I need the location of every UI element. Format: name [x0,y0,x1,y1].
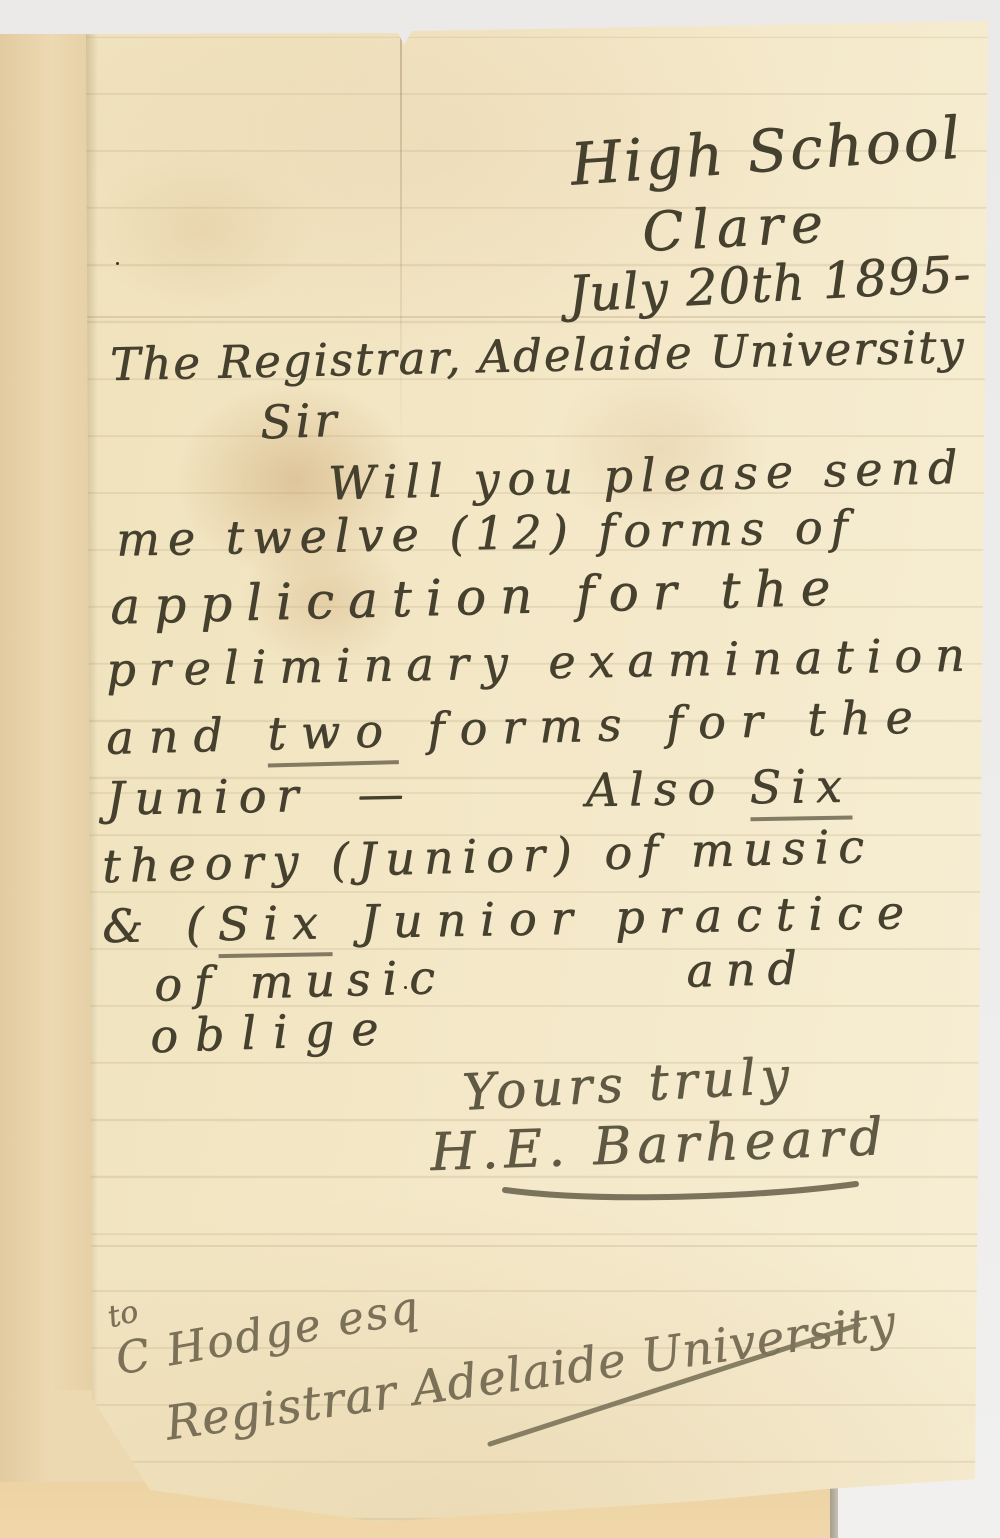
addressee-line: The Registrar, Adelaide University [110,321,966,391]
letter-page: High School Clare July 20th 1895- The Re… [0,0,1000,1538]
underlying-page-left-edge [0,34,93,1538]
body-line-8-c: Junior practice [331,885,918,949]
body-line-7: theory (Junior) of music [101,820,873,893]
paper-speck [116,262,119,265]
body-line-3: application for the [109,559,844,636]
body-line-6-underlined-word: Six [749,758,852,821]
body-line-10: oblige [149,1002,396,1063]
paper-speck [845,6,849,11]
closing-valediction: Yours truly [461,1047,795,1122]
body-line-6-a: Junior — Also [106,760,750,825]
salutation: Sir [259,394,341,450]
body-line-8-underlined-word: Six [217,895,332,958]
scan-background: High School Clare July 20th 1895- The Re… [0,0,1000,1538]
body-line-2: me twelve (12) forms of [116,501,856,567]
body-line-5-c: forms for the [397,689,928,757]
heading-date: July 20th 1895- [567,245,973,324]
body-line-4: preliminary examination [106,628,978,696]
horizontal-fold-crease-top [86,316,986,318]
body-line-5-a: and [105,707,267,765]
body-line-8-a: & ( [102,897,218,953]
underlying-page-bottom-edge-shadow [830,1482,838,1538]
body-line-6: Junior — Also Six [106,759,853,825]
body-line-5: and two forms for the [105,690,928,764]
body-line-1: Will you please send [327,441,965,511]
heading-school: High School [568,104,965,198]
body-line-5-underlined-word: two [266,703,398,767]
docket-to: to [104,1295,142,1336]
signature-underline-flourish [505,1184,856,1197]
vertical-fold-crease [400,31,402,451]
paper-speck [178,20,182,24]
horizontal-fold-crease-bottom [86,1245,981,1247]
